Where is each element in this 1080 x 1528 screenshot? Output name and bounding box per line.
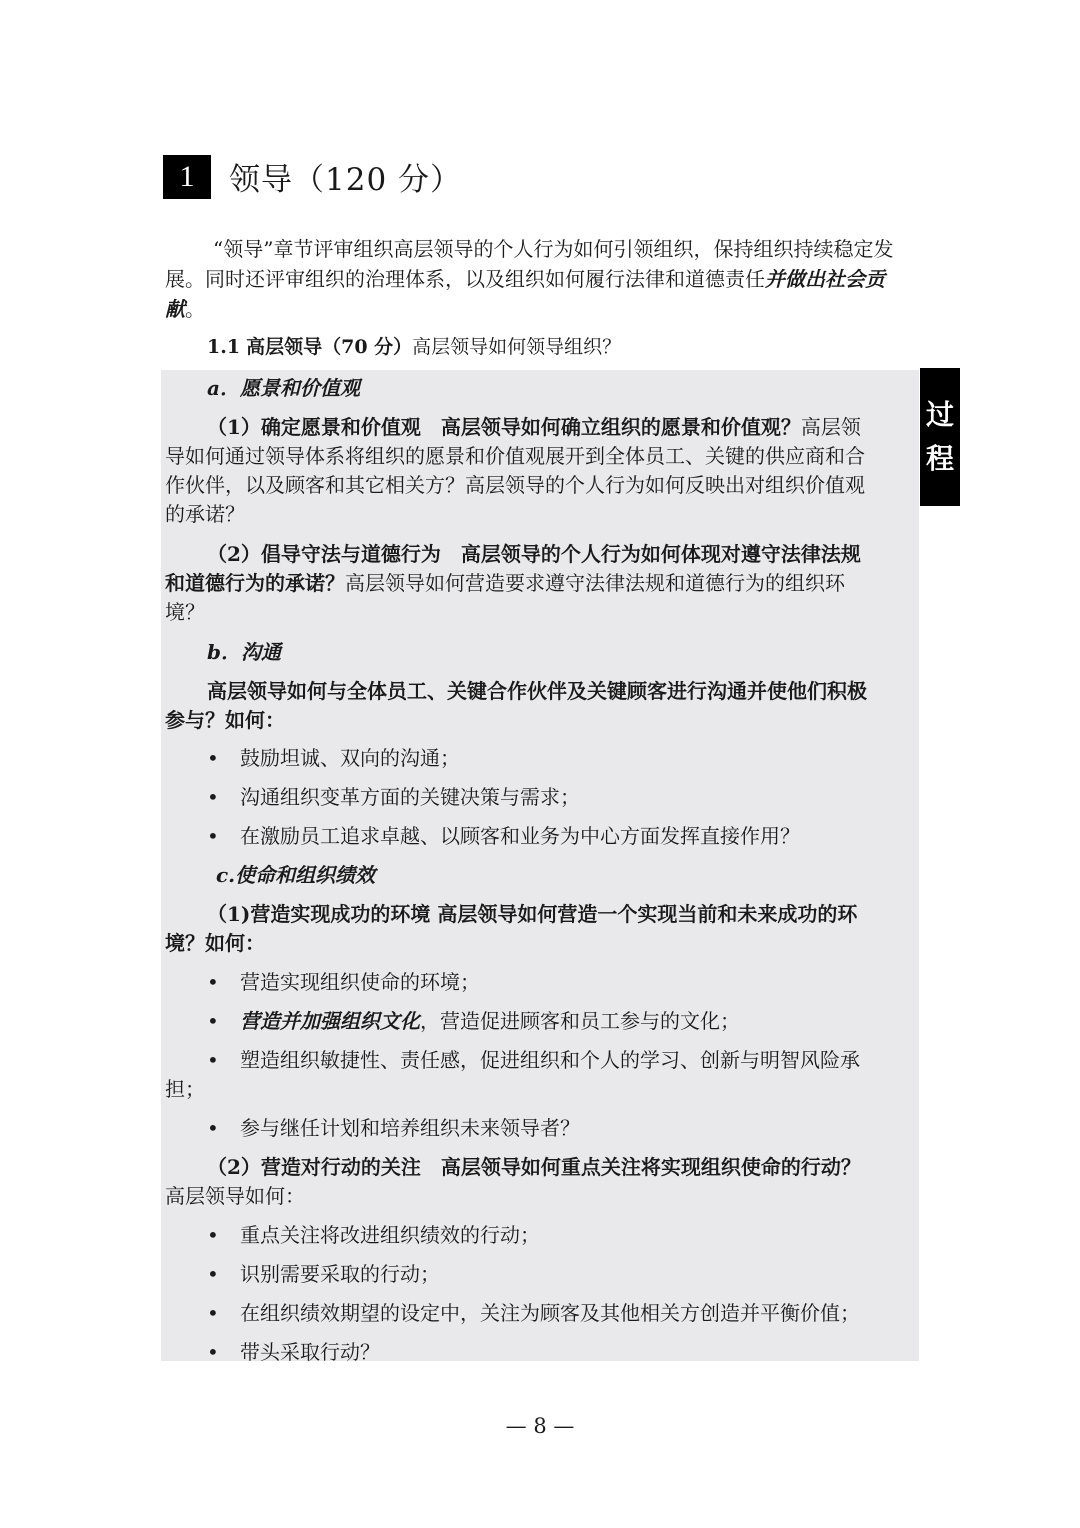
c1-line-2: 境？如何：: [165, 927, 265, 956]
bullet: •: [207, 1116, 240, 1140]
bullet: •: [207, 1048, 240, 1072]
a2-line-3: 境？: [165, 596, 205, 625]
list-item-text: 塑造组织敏捷性、责任感，促进组织和个人的学习、创新与明智风险承: [240, 1048, 860, 1072]
bullet: •: [207, 970, 240, 994]
list-item-text: 沟通组织变革方面的关键决策与需求；: [240, 785, 580, 809]
intro-paragraph: “领导”章节评审组织高层领导的个人行为如何引领组织，保持组织持续稳定发展。同时还…: [165, 234, 917, 324]
subheading-b: b．沟通: [207, 636, 281, 665]
side-tab-char-2: 程: [926, 437, 954, 481]
bullet: •: [207, 1301, 240, 1325]
subheading-c: c.使命和组织绩效: [216, 859, 375, 888]
intro-end: 。: [185, 297, 205, 321]
bullet: •: [207, 1262, 240, 1286]
b-line-2: 参与？如何：: [165, 704, 285, 733]
a2-line-1: （2）倡导守法与道德行为 高层领导的个人行为如何体现对遵守法律法规: [207, 538, 861, 567]
c1-line-1: （1)营造实现成功的环境 高层领导如何营造一个实现当前和未来成功的环: [207, 898, 857, 927]
list-item: •带头采取行动？: [207, 1336, 380, 1365]
list-item: •在激励员工追求卓越、以顾客和业务为中心方面发挥直接作用？: [207, 820, 800, 849]
section-heading: 1.1 高层领导（70 分）高层领导如何领导组织？: [207, 332, 621, 359]
chapter-title: 领导（120 分）: [229, 154, 462, 199]
bullet: •: [207, 1223, 240, 1247]
list-item: •识别需要采取的行动；: [207, 1258, 440, 1287]
list-item-text: 带头采取行动？: [240, 1340, 380, 1364]
section-number: 1.1: [207, 336, 240, 358]
list-item: •在组织绩效期望的设定中，关注为顾客及其他相关方创造并平衡价值；: [207, 1297, 860, 1326]
a1-line-3: 作伙伴，以及顾客和其它相关方？高层领导的个人行为如何反映出对组织价值观: [165, 469, 865, 498]
list-item-text: 参与继任计划和培养组织未来领导者？: [240, 1116, 580, 1140]
bullet: •: [207, 1340, 240, 1364]
side-tab-char-1: 过: [926, 393, 954, 437]
list-item: •营造实现组织使命的环境；: [207, 966, 480, 995]
list-item: •重点关注将改进组织绩效的行动；: [207, 1219, 540, 1248]
list-item-text: 在组织绩效期望的设定中，关注为顾客及其他相关方创造并平衡价值；: [240, 1301, 860, 1325]
list-item-text: 营造实现组织使命的环境；: [240, 970, 480, 994]
bullet: •: [207, 1009, 240, 1033]
bullet: •: [207, 785, 240, 809]
list-item-continuation: 担；: [165, 1073, 205, 1102]
list-item-text: ，营造促进顾客和员工参与的文化；: [420, 1009, 740, 1033]
section-question: 高层领导如何领导组织？: [412, 336, 621, 358]
a2-rest: 高层领导如何营造要求遵守法律法规和道德行为的组织环: [345, 571, 845, 595]
list-item-emphasis: 营造并加强组织文化: [240, 1009, 420, 1033]
bullet: •: [207, 824, 240, 848]
a1-line-4: 的承诺？: [165, 498, 245, 527]
list-item: •鼓励坦诚、双向的沟通；: [207, 742, 460, 771]
list-item: •塑造组织敏捷性、责任感，促进组织和个人的学习、创新与明智风险承: [207, 1044, 860, 1073]
list-item: •沟通组织变革方面的关键决策与需求；: [207, 781, 580, 810]
section-title: 高层领导（70 分）: [246, 336, 412, 358]
c2-line-2: 高层领导如何：: [165, 1180, 305, 1209]
a2-line-2: 和道德行为的承诺？高层领导如何营造要求遵守法律法规和道德行为的组织环: [165, 567, 845, 596]
list-item-text: 在激励员工追求卓越、以顾客和业务为中心方面发挥直接作用？: [240, 824, 800, 848]
a1-rest: 高层领: [801, 415, 861, 439]
subheading-a: a．愿景和价值观: [207, 372, 360, 401]
b-line-1: 高层领导如何与全体员工、关键合作伙伴及关键顾客进行沟通并使他们积极: [207, 675, 867, 704]
chapter-heading: 1 领导（120 分）: [163, 154, 462, 199]
chapter-number: 1: [163, 155, 211, 199]
list-item: •营造并加强组织文化，营造促进顾客和员工参与的文化；: [207, 1005, 740, 1034]
a1-line-1: （1）确定愿景和价值观 高层领导如何确立组织的愿景和价值观？高层领: [207, 411, 861, 440]
a1-line-2: 导如何通过领导体系将组织的愿景和价值观展开到全体员工、关键的供应商和合: [165, 440, 865, 469]
side-tab-process: 过 程: [920, 368, 960, 506]
bullet: •: [207, 746, 240, 770]
list-item-text: 重点关注将改进组织绩效的行动；: [240, 1223, 540, 1247]
list-item-text: 识别需要采取的行动；: [240, 1262, 440, 1286]
list-item: •参与继任计划和培养组织未来领导者？: [207, 1112, 580, 1141]
a2-bold: 和道德行为的承诺？: [165, 571, 345, 595]
c2-line-1: （2）营造对行动的关注 高层领导如何重点关注将实现组织使命的行动？: [207, 1151, 861, 1180]
page-number: — 8 —: [0, 1414, 1080, 1438]
a1-title: （1）确定愿景和价值观 高层领导如何确立组织的愿景和价值观？: [207, 415, 801, 439]
list-item-text: 鼓励坦诚、双向的沟通；: [240, 746, 460, 770]
